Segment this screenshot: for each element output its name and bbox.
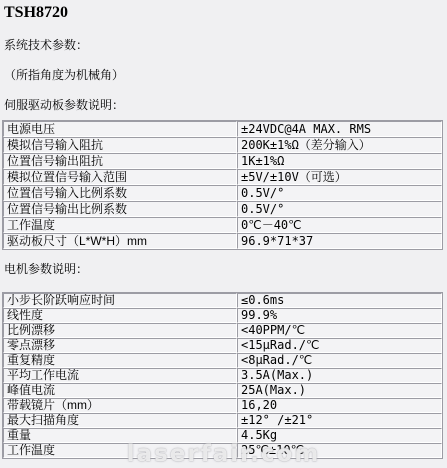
param-value: ≤0.6ms bbox=[237, 293, 442, 308]
table-row: 峰值电流 25A(Max.) bbox=[3, 383, 442, 398]
table-row: 重复精度 <8μRad./℃ bbox=[3, 353, 442, 368]
table-row: 驱动板尺寸（L*W*H）mm 96.9*71*37 bbox=[3, 233, 442, 249]
param-value: 0℃－40℃ bbox=[237, 217, 442, 233]
param-label: 峰值电流 bbox=[3, 383, 237, 398]
param-label: 电源电压 bbox=[3, 121, 237, 137]
param-label: 零点漂移 bbox=[3, 338, 237, 353]
param-label: 带载镜片（mm） bbox=[3, 398, 237, 413]
table-row: 带载镜片（mm） 16,20 bbox=[3, 398, 442, 413]
table-row: 位置信号输出阻抗 1K±1%Ω bbox=[3, 153, 442, 169]
param-label: 平均工作电流 bbox=[3, 368, 237, 383]
table-row: 最大扫描角度 ±12° /±21° bbox=[3, 413, 442, 428]
param-value: 200K±1%Ω（差分输入） bbox=[237, 137, 442, 153]
param-value: 0.5V/° bbox=[237, 201, 442, 217]
servo-board-heading: 伺服驱动板参数说明： bbox=[4, 98, 447, 112]
param-value: ±5V/±10V（可选） bbox=[237, 169, 442, 185]
param-label: 工作温度 bbox=[3, 443, 237, 458]
param-value: <8μRad./℃ bbox=[237, 353, 442, 368]
page-title: TSH8720 bbox=[4, 4, 447, 21]
table-row: 位置信号输出比例系数 0.5V/° bbox=[3, 201, 442, 217]
param-label: 重量 bbox=[3, 428, 237, 443]
param-value: 16,20 bbox=[237, 398, 442, 413]
param-label: 位置信号输入比例系数 bbox=[3, 185, 237, 201]
table-row: 电源电压 ±24VDC@4A MAX. RMS bbox=[3, 121, 442, 137]
motor-parameters-table: 小步长阶跃响应时间 ≤0.6ms 线性度 99.9% 比例漂移 <40PPM/℃… bbox=[2, 292, 443, 459]
param-value: 96.9*71*37 bbox=[237, 233, 442, 249]
param-value: <40PPM/℃ bbox=[237, 323, 442, 338]
table-row: 重量 4.5Kg bbox=[3, 428, 442, 443]
param-label: 重复精度 bbox=[3, 353, 237, 368]
spec-document: TSH8720 系统技术参数： （所指角度为机械角） 伺服驱动板参数说明： 电源… bbox=[0, 4, 447, 459]
param-value: 0.5V/° bbox=[237, 185, 442, 201]
param-label: 线性度 bbox=[3, 308, 237, 323]
table-row: 线性度 99.9% bbox=[3, 308, 442, 323]
param-label: 位置信号输出阻抗 bbox=[3, 153, 237, 169]
table-row: 零点漂移 <15μRad./℃ bbox=[3, 338, 442, 353]
param-label: 模拟信号输入阻抗 bbox=[3, 137, 237, 153]
param-label: 驱动板尺寸（L*W*H）mm bbox=[3, 233, 237, 249]
mechanical-angle-note: （所指角度为机械角） bbox=[4, 68, 447, 82]
param-value: ±24VDC@4A MAX. RMS bbox=[237, 121, 442, 137]
table-row: 工作温度 25℃±10℃ bbox=[3, 443, 442, 458]
motor-params-heading: 电机参数说明： bbox=[4, 262, 447, 276]
table-row: 模拟信号输入阻抗 200K±1%Ω（差分输入） bbox=[3, 137, 442, 153]
param-value: ±12° /±21° bbox=[237, 413, 442, 428]
param-value: 3.5A(Max.) bbox=[237, 368, 442, 383]
param-value: 4.5Kg bbox=[237, 428, 442, 443]
table-row: 小步长阶跃响应时间 ≤0.6ms bbox=[3, 293, 442, 308]
table-row: 模拟位置信号输入范围 ±5V/±10V（可选） bbox=[3, 169, 442, 185]
param-label: 比例漂移 bbox=[3, 323, 237, 338]
param-label: 最大扫描角度 bbox=[3, 413, 237, 428]
table-row: 位置信号输入比例系数 0.5V/° bbox=[3, 185, 442, 201]
param-label: 模拟位置信号输入范围 bbox=[3, 169, 237, 185]
param-label: 小步长阶跃响应时间 bbox=[3, 293, 237, 308]
table-row: 平均工作电流 3.5A(Max.) bbox=[3, 368, 442, 383]
param-label: 工作温度 bbox=[3, 217, 237, 233]
param-value: 25℃±10℃ bbox=[237, 443, 442, 458]
servo-parameters-table: 电源电压 ±24VDC@4A MAX. RMS 模拟信号输入阻抗 200K±1%… bbox=[2, 120, 443, 250]
table-row: 比例漂移 <40PPM/℃ bbox=[3, 323, 442, 338]
param-value: <15μRad./℃ bbox=[237, 338, 442, 353]
param-label: 位置信号输出比例系数 bbox=[3, 201, 237, 217]
param-value: 1K±1%Ω bbox=[237, 153, 442, 169]
table-row: 工作温度 0℃－40℃ bbox=[3, 217, 442, 233]
param-value: 99.9% bbox=[237, 308, 442, 323]
param-value: 25A(Max.) bbox=[237, 383, 442, 398]
system-params-heading: 系统技术参数： bbox=[4, 38, 447, 52]
